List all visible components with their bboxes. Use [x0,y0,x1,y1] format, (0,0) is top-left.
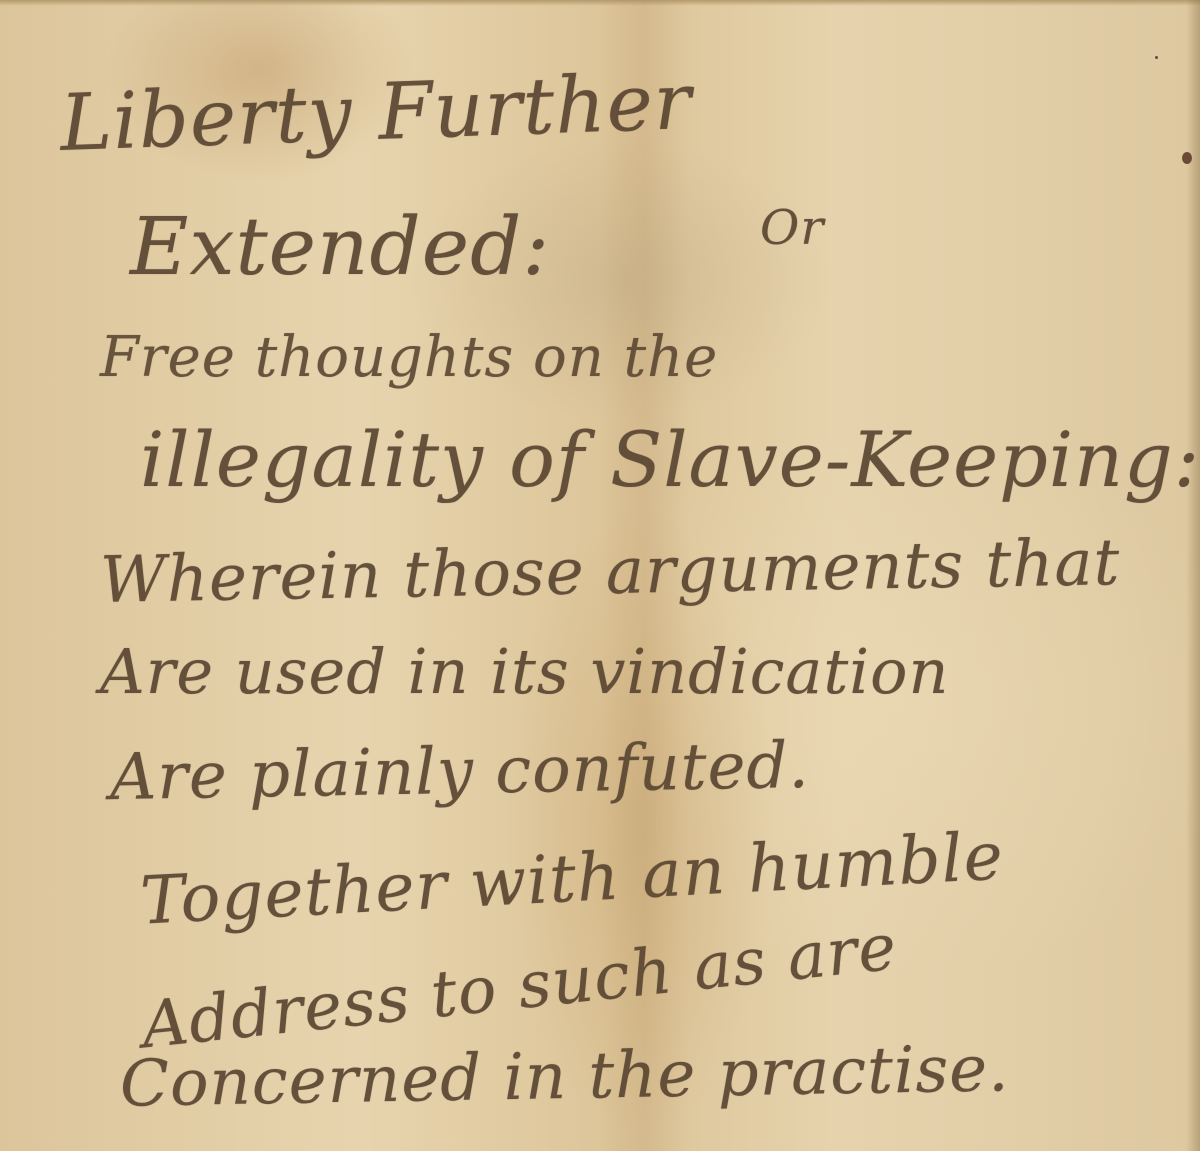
subtitle-line-2: illegality of Slave-Keeping: [140,415,1200,504]
subtitle-line-5: Are plainly confuted. [109,729,810,815]
title-line-1: Liberty Further [59,57,694,169]
manuscript-page: Liberty Further Extended: Or Free though… [0,0,1200,1151]
ink-blot [1182,152,1192,164]
title-line-2: Extended: [130,200,550,293]
subtitle-line-3: Wherein those arguments that [99,526,1120,618]
paper-right-edge [1186,0,1200,1151]
subtitle-line-1: Free thoughts on the [100,325,718,390]
subtitle-line-4: Are used in its vindication [100,635,949,708]
ink-speck [1155,56,1158,59]
subtitle-line-8: Concerned in the practise. [119,1032,1010,1122]
title-conjunction: Or [760,200,824,256]
